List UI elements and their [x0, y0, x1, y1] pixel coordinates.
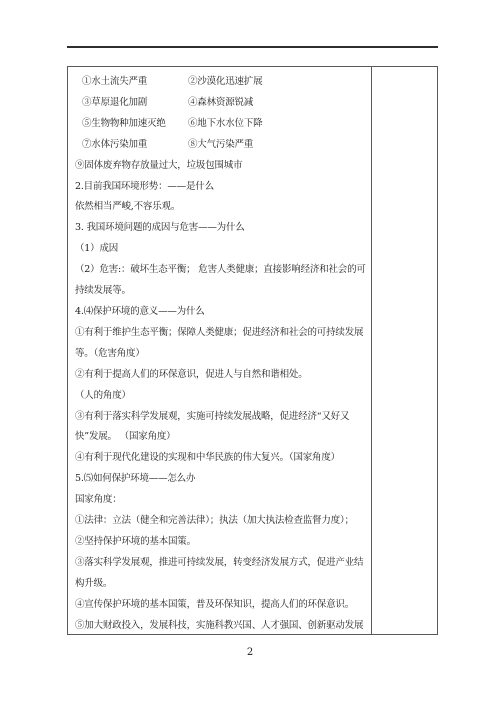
paragraph: ②坚持保护环境的基本国策。 [75, 532, 369, 553]
paragraph: （1）成因 [75, 239, 369, 260]
paragraph: ③有利于落实科学发展观，实施可持续发展战略，促进经济“又好又快”发展。 （国家角… [75, 407, 369, 449]
list-item-right: ⑧大气污染严重 [188, 135, 253, 156]
list-pair-row: ⑦水体污染加重⑧大气污染严重 [75, 135, 369, 156]
paragraph: （人的角度） [75, 386, 369, 407]
table-side-cell[interactable] [372, 67, 437, 634]
paragraph: ①法律：立法（健全和完善法律）；执法（加大执法检查监督力度）； [75, 511, 369, 532]
paragraph: （2）危害:：破坏生态平衡； 危害人类健康；直接影响经济和社会的可持续发展等。 [75, 260, 369, 302]
document-table: ①水土流失严重②沙漠化迅速扩展③草原退化加剧④森林资源锐减⑤生物物种加速灭绝⑥地… [67, 66, 438, 635]
table-continuation-rule [67, 46, 438, 48]
paragraph: 2.目前我国环境形势：——是什么 [75, 177, 369, 198]
table-main-cell[interactable]: ①水土流失严重②沙漠化迅速扩展③草原退化加剧④森林资源锐减⑤生物物种加速灭绝⑥地… [68, 67, 372, 634]
paragraph: ①有利于维护生态平衡；保障人类健康；促进经济和社会的可持续发展等。（危害角度） [75, 323, 369, 365]
list-item-left: ⑦水体污染加重 [82, 135, 188, 156]
list-item-right: ④森林资源锐减 [188, 93, 253, 114]
paragraph: 依然相当严峻,不容乐观。 [75, 197, 369, 218]
paragraph: ③落实科学发展观，推进可持续发展，转变经济发展方式，促进产业结构升级。 [75, 553, 369, 595]
paragraph: ④宣传保护环境的基本国策，普及环保知识，提高人们的环保意识。 [75, 595, 369, 616]
list-pair-row: ③草原退化加剧④森林资源锐减 [75, 93, 369, 114]
list-pair-row: ①水土流失严重②沙漠化迅速扩展 [75, 72, 369, 93]
paragraph: 3. 我国环境问题的成因与危害——为什么 [75, 218, 369, 239]
list-item-left: ⑤生物物种加速灭绝 [82, 114, 188, 135]
list-item-right: ⑥地下水水位下降 [188, 114, 262, 135]
list-item-left: ①水土流失严重 [82, 72, 188, 93]
document-page: { "document": { "page_number": "2", "col… [0, 0, 500, 707]
paragraph: ④有利于现代化建设的实现和中华民族的伟大复兴。（国家角度） [75, 448, 369, 469]
paragraph: ⑨固体废弃物存放量过大，垃圾包围城市 [75, 156, 369, 177]
paragraph: 国家角度： [75, 490, 369, 511]
list-item-left: ③草原退化加剧 [82, 93, 188, 114]
list-pair-row: ⑤生物物种加速灭绝⑥地下水水位下降 [75, 114, 369, 135]
paragraph: ⑤加大财政投入，发展科技，实施科教兴国、人才强国、创新驱动发展战略，提高科技水平… [75, 616, 369, 634]
page-number: 2 [0, 646, 500, 660]
list-item-right: ②沙漠化迅速扩展 [188, 72, 262, 93]
paragraph: 4.⑷保护环境的意义——为什么 [75, 302, 369, 323]
paragraph: ②有利于提高人们的环保意识，促进人与自然和谐相处。 [75, 365, 369, 386]
paragraph: 5.⑸如何保护环境——怎么办 [75, 469, 369, 490]
